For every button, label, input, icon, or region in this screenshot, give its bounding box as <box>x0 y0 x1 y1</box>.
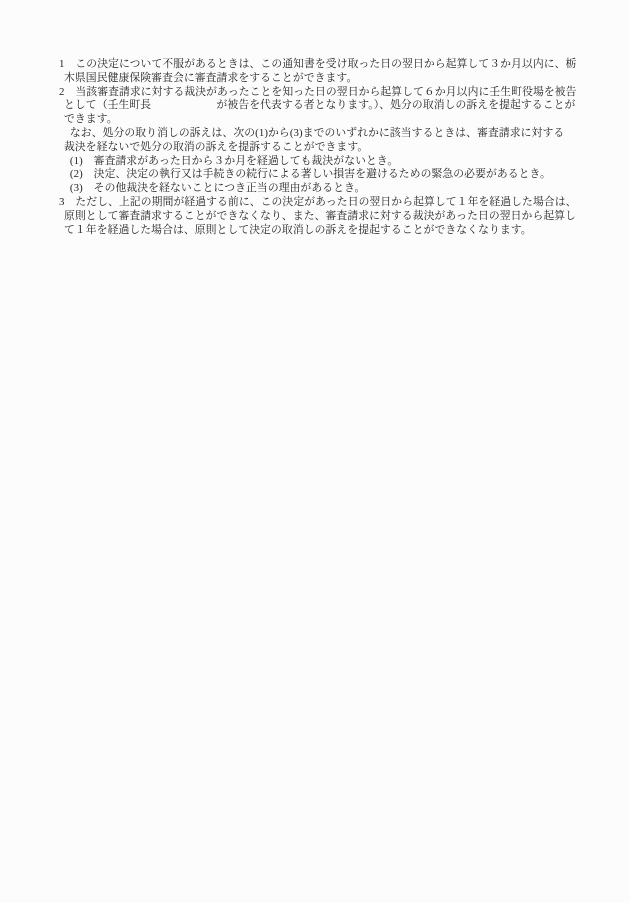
document-line-item-2-cont-2: できます。 <box>59 113 589 127</box>
document-line-note: なお、処分の取り消しの訴えは、次の(1)から(3)までのいずれかに該当するときは… <box>59 127 589 141</box>
document-line-subitem-3: (3) その他裁決を経ないことにつき正当の理由があるとき。 <box>59 182 589 196</box>
document-line-item-1-cont: 木県国民健康保険審査会に審査請求をすることができます。 <box>59 72 589 86</box>
document-line-item-2: 2 当該審査請求に対する裁決があったことを知った日の翌日から起算して６か月以内に… <box>59 86 589 100</box>
document-line-note-cont: 裁決を経ないで処分の取消の訴えを提訴することができます。 <box>59 141 589 155</box>
document-line-item-3: 3 ただし、上記の期間が経過する前に、この決定があった日の翌日から起算して１年を… <box>59 196 589 210</box>
document-line-subitem-2: (2) 決定、決定の執行又は手続きの続行による著しい損害を避けるための緊急の必要… <box>59 168 589 182</box>
document-line-item-1: 1 この決定について不服があるときは、この通知書を受け取った日の翌日から起算して… <box>59 58 589 72</box>
document-page: 1 この決定について不服があるときは、この通知書を受け取った日の翌日から起算して… <box>0 0 630 903</box>
document-line-item-2-cont-1: として（壬生町長 が被告を代表する者となります。）、処分の取消しの訴えを提起する… <box>59 99 589 113</box>
document-line-item-3-cont-2: て１年を経過した場合は、原則として決定の取消しの訴えを提起することができなくなり… <box>59 224 589 238</box>
document-line-subitem-1: (1) 審査請求があった日から３か月を経過しても裁決がないとき。 <box>59 155 589 169</box>
document-line-item-3-cont-1: 原則として審査請求することができなくなり、また、審査請求に対する裁決があった日の… <box>59 210 589 224</box>
appeal-notice-text: 1 この決定について不服があるときは、この通知書を受け取った日の翌日から起算して… <box>59 58 589 237</box>
